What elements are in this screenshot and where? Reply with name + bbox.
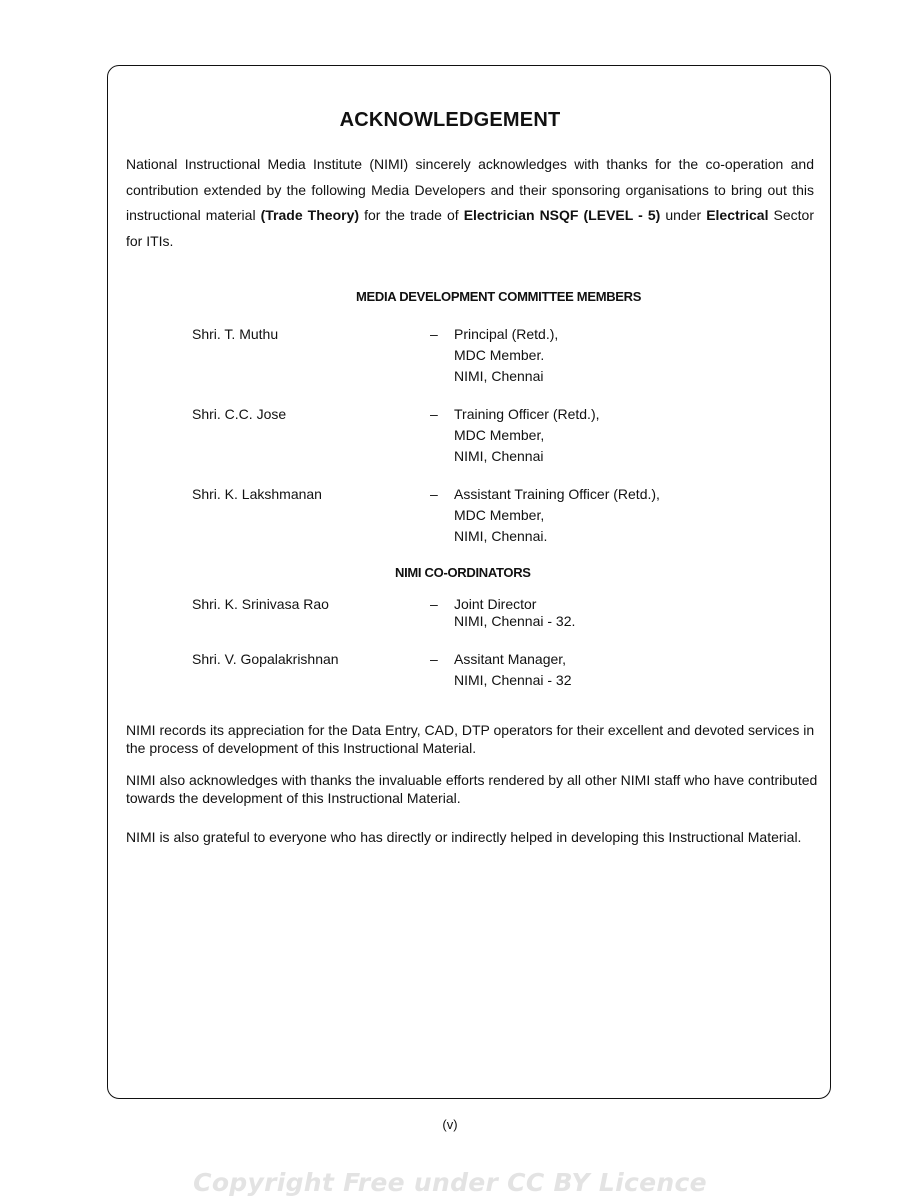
- dash-separator: –: [430, 484, 438, 505]
- dash-separator: –: [430, 324, 438, 345]
- dash-separator: –: [430, 596, 438, 613]
- member-detail-line: Training Officer (Retd.),: [454, 404, 600, 425]
- intro-bold-trade: Electrician NSQF (LEVEL - 5): [464, 207, 661, 223]
- member-name: Shri. K. Lakshmanan: [192, 484, 322, 505]
- closing-paragraph: NIMI records its appreciation for the Da…: [126, 722, 826, 757]
- page-number: (v): [0, 1117, 900, 1132]
- member-name: Shri. T. Muthu: [192, 324, 278, 345]
- intro-bold-sector: Electrical: [706, 207, 768, 223]
- coordinator-details: Assitant Manager, NIMI, Chennai - 32: [454, 649, 572, 691]
- dash-separator: –: [430, 649, 438, 670]
- member-detail-line: Assistant Training Officer (Retd.),: [454, 484, 660, 505]
- intro-paragraph: National Instructional Media Institute (…: [126, 152, 814, 255]
- member-detail-line: MDC Member,: [454, 425, 600, 446]
- coordinator-detail-line: NIMI, Chennai - 32.: [454, 613, 575, 630]
- intro-bold-trade-theory: (Trade Theory): [261, 207, 359, 223]
- member-detail-line: NIMI, Chennai: [454, 446, 600, 467]
- closing-paragraph: NIMI also acknowledges with thanks the i…: [126, 772, 826, 807]
- member-details: Principal (Retd.), MDC Member. NIMI, Che…: [454, 324, 558, 387]
- page-title: ACKNOWLEDGEMENT: [0, 109, 900, 132]
- member-name: Shri. C.C. Jose: [192, 404, 286, 425]
- copyright-watermark: Copyright Free under CC BY Licence: [0, 1168, 900, 1197]
- closing-paragraph: NIMI is also grateful to everyone who ha…: [126, 829, 826, 847]
- member-detail-line: Principal (Retd.),: [454, 324, 558, 345]
- intro-text: under: [660, 207, 706, 223]
- member-detail-line: NIMI, Chennai.: [454, 526, 660, 547]
- member-details: Assistant Training Officer (Retd.), MDC …: [454, 484, 660, 547]
- committee-heading: MEDIA DEVELOPMENT COMMITTEE MEMBERS: [356, 289, 641, 304]
- member-detail-line: NIMI, Chennai: [454, 366, 558, 387]
- member-details: Training Officer (Retd.), MDC Member, NI…: [454, 404, 600, 467]
- coordinator-detail-line: Joint Director: [454, 596, 575, 613]
- coordinator-details: Joint Director NIMI, Chennai - 32.: [454, 596, 575, 630]
- coordinator-name: Shri. V. Gopalakrishnan: [192, 649, 339, 670]
- coordinators-heading: NIMI CO-ORDINATORS: [395, 565, 531, 580]
- dash-separator: –: [430, 404, 438, 425]
- intro-text: for the trade of: [359, 207, 464, 223]
- member-detail-line: MDC Member,: [454, 505, 660, 526]
- coordinator-detail-line: NIMI, Chennai - 32: [454, 670, 572, 691]
- coordinator-name: Shri. K. Srinivasa Rao: [192, 596, 329, 613]
- coordinator-detail-line: Assitant Manager,: [454, 649, 572, 670]
- member-detail-line: MDC Member.: [454, 345, 558, 366]
